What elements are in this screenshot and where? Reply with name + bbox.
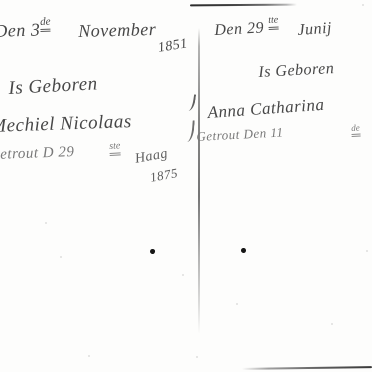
- left-marriage-note: getrout D 29: [0, 145, 75, 163]
- paper-speck: [236, 303, 238, 305]
- left-date-prefix: Den 3: [0, 20, 41, 40]
- paper-speck: [88, 355, 90, 357]
- right-marriage-note: Getrout Den 11: [196, 125, 284, 143]
- left-born-heading: Is Geboren: [8, 74, 98, 98]
- right-date-month: Junij: [297, 21, 333, 39]
- left-date-year: 1851: [157, 37, 189, 56]
- ink-flourish-mark: [184, 120, 195, 143]
- paper-speck: [331, 323, 333, 325]
- top-ruled-line: [190, 4, 297, 7]
- left-marriage-year: 1875: [149, 166, 179, 184]
- left-name: Mechiel Nicolaas: [0, 112, 132, 136]
- paper-speck: [366, 250, 368, 252]
- right-born-heading: Is Geboren: [258, 61, 335, 81]
- right-date-prefix: Den 29: [214, 20, 264, 39]
- paper-speck: [362, 4, 364, 6]
- ink-blot: [149, 248, 155, 254]
- paper-speck: [45, 222, 47, 224]
- right-date-ordinal-superscript: tte: [268, 15, 279, 30]
- paper-speck: [60, 256, 62, 258]
- right-name: Anna Catharina: [207, 96, 325, 121]
- ink-flourish-mark: [186, 94, 196, 112]
- center-fold-line: [198, 28, 200, 334]
- left-marriage-ordinal-superscript: ste: [109, 141, 121, 156]
- ink-blot: [241, 248, 247, 254]
- paper-speck: [182, 274, 184, 276]
- paper-speck: [196, 356, 198, 358]
- left-date-month: November: [78, 20, 156, 40]
- left-date-ordinal-superscript: de: [40, 17, 51, 32]
- scanned-register-page: Den 3 de November 1851 Is Geboren Mechie…: [0, 0, 372, 372]
- bottom-ruled-line: [242, 366, 372, 370]
- left-marriage-place: Haag: [134, 147, 169, 167]
- right-marriage-ordinal-superscript: de: [351, 124, 360, 137]
